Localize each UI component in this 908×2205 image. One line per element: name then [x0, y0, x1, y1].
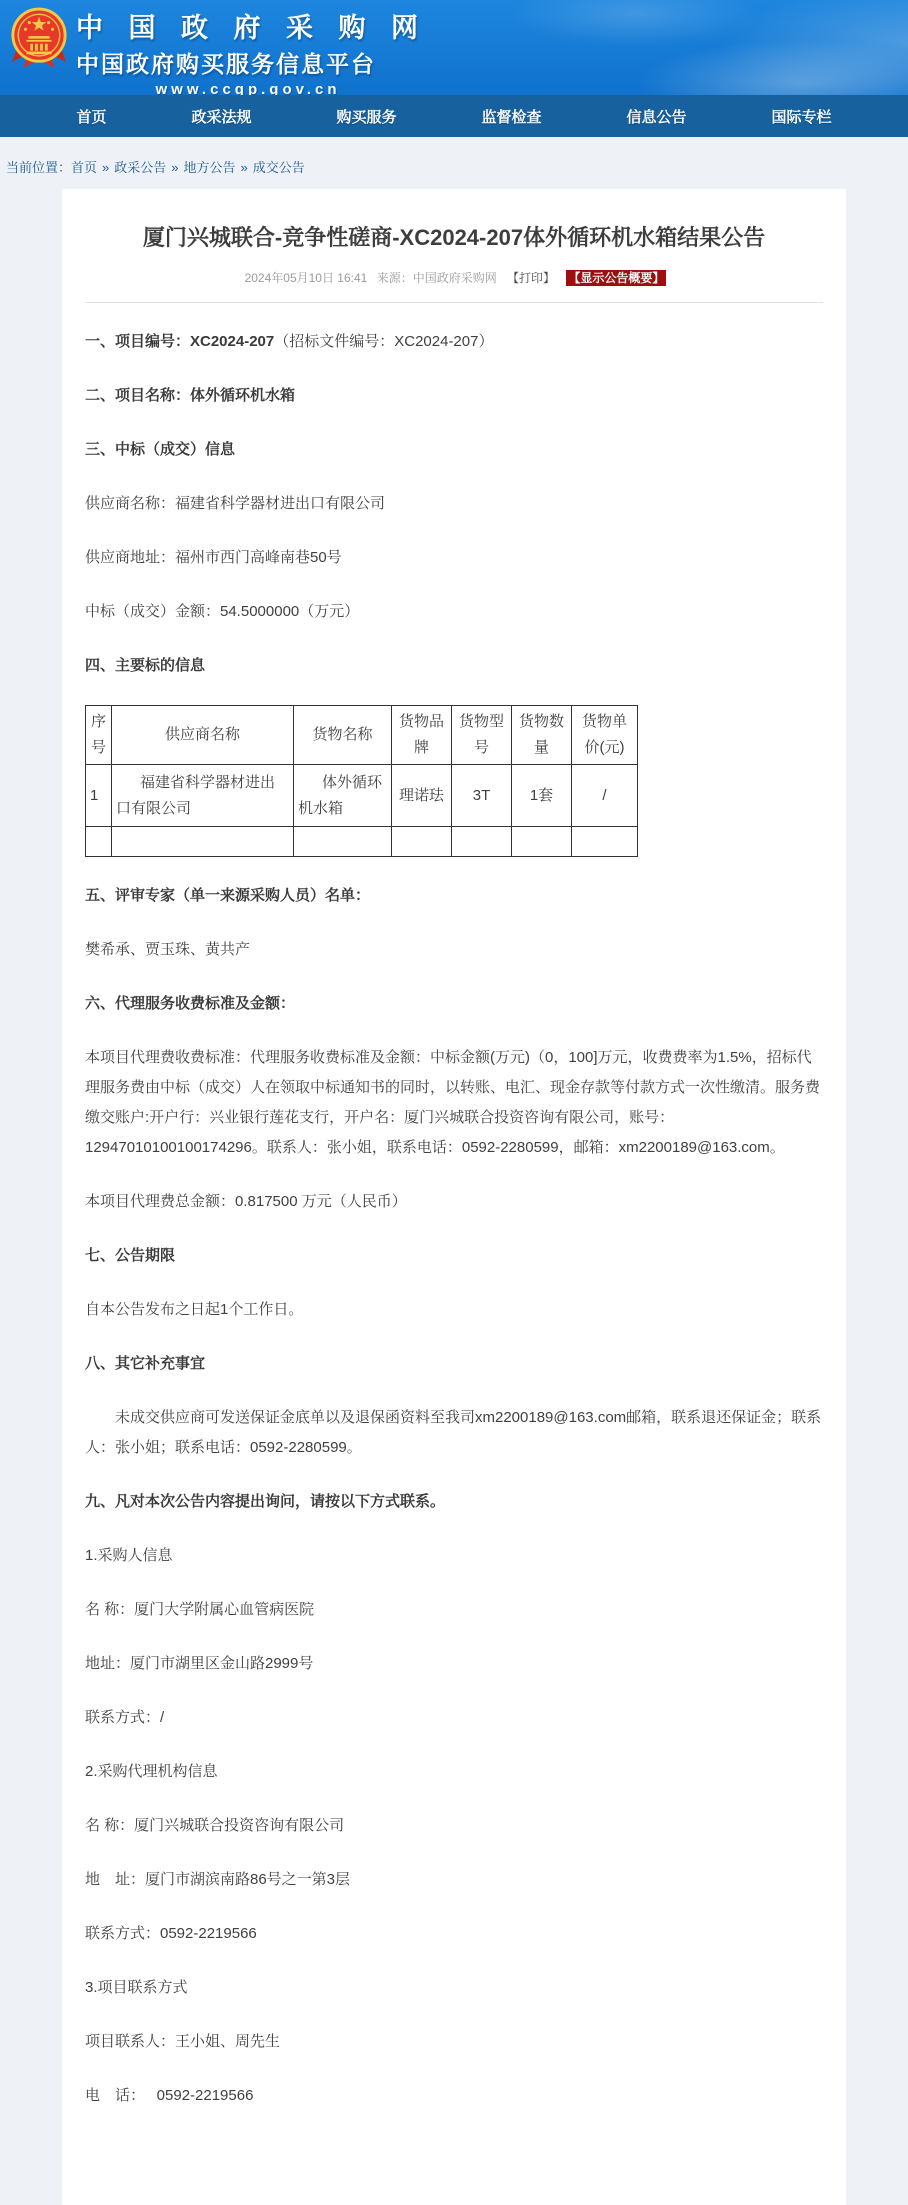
- body-paragraph: 中标（成交）金额：54.5000000（万元）: [85, 597, 823, 627]
- table-cell: [452, 827, 512, 857]
- nav-item-2[interactable]: 购买服务: [336, 106, 396, 127]
- breadcrumb-link-0[interactable]: 首页: [71, 160, 97, 175]
- body-paragraph: 未成交供应商可发送保证金底单以及退保函资料至我司xm2200189@163.co…: [85, 1403, 823, 1463]
- site-identity: 中 国 政 府 采 购 网 中国政府购买服务信息平台 www.ccgp.gov.…: [76, 6, 420, 95]
- divider: [85, 302, 823, 303]
- body-paragraph: 地址：厦门市湖里区金山路2999号: [85, 1649, 823, 1679]
- section-heading: 九、凡对本次公告内容提出询问，请按以下方式联系。: [85, 1487, 823, 1517]
- body-paragraph: 3.项目联系方式: [85, 1973, 823, 2003]
- breadcrumb-label: 当前位置：: [6, 160, 71, 175]
- section-heading: 五、评审专家（单一来源采购人员）名单：: [85, 881, 823, 911]
- table-row: [86, 827, 638, 857]
- paragraphs-after-table: 五、评审专家（单一来源采购人员）名单：樊希承、贾玉珠、黄共产六、代理服务收费标准…: [85, 881, 823, 2111]
- breadcrumb-link-3[interactable]: 成交公告: [253, 160, 305, 175]
- site-header: 中 国 政 府 采 购 网 中国政府购买服务信息平台 www.ccgp.gov.…: [0, 0, 908, 95]
- nav-item-3[interactable]: 监督检查: [481, 106, 541, 127]
- table-header-cell: 序号: [86, 706, 112, 765]
- body-paragraph: 联系方式：0592-2219566: [85, 1919, 823, 1949]
- nav-item-1[interactable]: 政采法规: [191, 106, 251, 127]
- site-url: www.ccgp.gov.cn: [76, 81, 420, 95]
- table-cell: [294, 827, 392, 857]
- section-heading: 三、中标（成交）信息: [85, 435, 823, 465]
- page: 中 国 政 府 采 购 网 中国政府购买服务信息平台 www.ccgp.gov.…: [0, 0, 908, 2205]
- body-paragraph: 项目联系人：王小姐、周先生: [85, 2027, 823, 2057]
- nav-item-5[interactable]: 国际专栏: [771, 106, 831, 127]
- breadcrumb: 当前位置：首页»政采公告»地方公告»成交公告: [0, 137, 908, 189]
- section-heading: 七、公告期限: [85, 1241, 823, 1271]
- table-cell: [86, 827, 112, 857]
- breadcrumb-items: 首页»政采公告»地方公告»成交公告: [71, 160, 305, 175]
- body-paragraph: 供应商名称：福建省科学器材进出口有限公司: [85, 489, 823, 519]
- main-nav: 首页政采法规购买服务监督检查信息公告国际专栏: [0, 95, 908, 137]
- body-paragraph: 2.采购代理机构信息: [85, 1757, 823, 1787]
- body-paragraph: 本项目代理费收费标准：代理服务收费标准及金额：中标金额(万元)（0，100]万元…: [85, 1043, 823, 1163]
- body-paragraph: 供应商地址：福州市西门高峰南巷50号: [85, 543, 823, 573]
- table-cell: [112, 827, 294, 857]
- table-row: 1福建省科学器材进出口有限公司体外循环机水箱理诺珐3T1套/: [86, 765, 638, 827]
- section-heading: 六、代理服务收费标准及金额：: [85, 989, 823, 1019]
- table-cell: 福建省科学器材进出口有限公司: [112, 765, 294, 827]
- table-header-cell: 货物单价(元): [572, 706, 638, 765]
- table-cell: 理诺珐: [392, 765, 452, 827]
- body-paragraph: 电 话： 0592-2219566: [85, 2081, 823, 2111]
- article-source: 来源：中国政府采购网: [377, 271, 497, 285]
- announcement-card: 厦门兴城联合-竞争性磋商-XC2024-207体外循环机水箱结果公告 2024年…: [62, 189, 846, 2205]
- table-header-cell: 供应商名称: [112, 706, 294, 765]
- site-subtitle: 中国政府购买服务信息平台: [76, 46, 420, 79]
- article-content: 一、项目编号：XC2024-207（招标文件编号：XC2024-207）二、项目…: [85, 327, 823, 2111]
- table-cell: [392, 827, 452, 857]
- breadcrumb-link-1[interactable]: 政采公告: [114, 160, 166, 175]
- table-cell: 1套: [512, 765, 572, 827]
- section-heading: 二、项目名称：体外循环机水箱: [85, 381, 823, 411]
- show-summary-button[interactable]: 【显示公告概要】: [566, 270, 666, 286]
- body-paragraph: 本项目代理费总金额：0.817500 万元（人民币）: [85, 1187, 823, 1217]
- table-header-cell: 货物型号: [452, 706, 512, 765]
- body-paragraph: 自本公告发布之日起1个工作日。: [85, 1295, 823, 1325]
- section-heading: 四、主要标的信息: [85, 651, 823, 681]
- table-cell: 3T: [452, 765, 512, 827]
- nav-item-0[interactable]: 首页: [76, 106, 106, 127]
- breadcrumb-separator: »: [241, 160, 248, 175]
- body-paragraph: 名 称：厦门大学附属心血管病医院: [85, 1595, 823, 1625]
- table-body: 1福建省科学器材进出口有限公司体外循环机水箱理诺珐3T1套/: [86, 765, 638, 857]
- table-cell: [512, 827, 572, 857]
- section-heading: 一、项目编号：XC2024-207（招标文件编号：XC2024-207）: [85, 327, 823, 357]
- table-cell: 1: [86, 765, 112, 827]
- page-title: 厦门兴城联合-竞争性磋商-XC2024-207体外循环机水箱结果公告: [85, 223, 823, 253]
- table-header-cell: 货物数量: [512, 706, 572, 765]
- body-paragraph: 1.采购人信息: [85, 1541, 823, 1571]
- breadcrumb-separator: »: [171, 160, 178, 175]
- body-paragraph: 樊希承、贾玉珠、黄共产: [85, 935, 823, 965]
- table-header-cell: 货物品牌: [392, 706, 452, 765]
- breadcrumb-link-2[interactable]: 地方公告: [184, 160, 236, 175]
- nav-item-4[interactable]: 信息公告: [626, 106, 686, 127]
- table-cell: 体外循环机水箱: [294, 765, 392, 827]
- print-button[interactable]: 【打印】: [507, 271, 555, 285]
- body-paragraph: 名 称：厦门兴城联合投资咨询有限公司: [85, 1811, 823, 1841]
- publish-datetime: 2024年05月10日 16:41: [245, 271, 368, 285]
- breadcrumb-separator: »: [102, 160, 109, 175]
- goods-table: 序号供应商名称货物名称货物品牌货物型号货物数量货物单价(元) 1福建省科学器材进…: [85, 705, 638, 857]
- national-emblem-icon: [10, 5, 68, 73]
- site-title: 中 国 政 府 采 购 网: [76, 6, 420, 45]
- table-header-cell: 货物名称: [294, 706, 392, 765]
- table-cell: [572, 827, 638, 857]
- paragraphs-before-table: 一、项目编号：XC2024-207（招标文件编号：XC2024-207）二、项目…: [85, 327, 823, 681]
- table-header-row: 序号供应商名称货物名称货物品牌货物型号货物数量货物单价(元): [86, 706, 638, 765]
- body-paragraph: 地 址：厦门市湖滨南路86号之一第3层: [85, 1865, 823, 1895]
- article-meta: 2024年05月10日 16:41 来源：中国政府采购网 【打印】 【显示公告概…: [85, 269, 823, 286]
- table-cell: /: [572, 765, 638, 827]
- body-paragraph: 联系方式：/: [85, 1703, 823, 1733]
- section-heading: 八、其它补充事宜: [85, 1349, 823, 1379]
